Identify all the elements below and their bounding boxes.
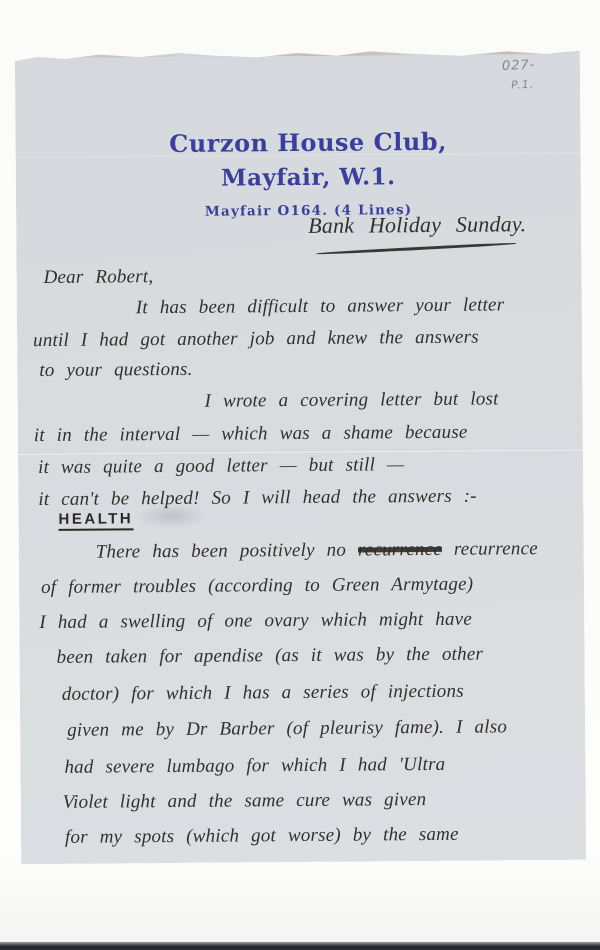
- body-line: had severe lumbago for which I had 'Ultr…: [64, 754, 445, 779]
- scanned-letter-background: 027- P.1. Curzon House Club, Mayfair, W.…: [0, 0, 600, 950]
- body-line: given me by Dr Barber (of pleurisy fame)…: [67, 716, 507, 741]
- body-line: of former troubles (according to Green A…: [41, 574, 473, 599]
- health-line-pre: There has been positively no: [96, 540, 358, 563]
- body-line: for my spots (which got worse) by the sa…: [65, 824, 459, 849]
- section-heading-health: HEALTH: [58, 510, 133, 531]
- body-line: been taken for apendise (as it was by th…: [56, 644, 483, 669]
- body-line: to your questions.: [39, 359, 192, 382]
- body-line: doctor) for which I has a series of inje…: [62, 681, 464, 706]
- body-line: it in the interval — which was a shame b…: [34, 422, 468, 447]
- letterhead: Curzon House Club, Mayfair, W.1. Mayfair…: [25, 48, 586, 52]
- pencil-archive-number: 027-: [502, 58, 536, 74]
- letterhead-address: Mayfair, W.1.: [26, 162, 586, 193]
- date-line: Bank Holiday Sunday.: [308, 211, 526, 239]
- salutation: Dear Robert,: [44, 266, 154, 289]
- body-line: It has been difficult to answer your let…: [136, 294, 505, 319]
- date-underline: [316, 242, 516, 255]
- body-line-with-strikethrough: There has been positively no recurrence …: [96, 538, 538, 563]
- body-line: I wrote a covering letter but lost: [204, 388, 498, 412]
- letter-paper: 027- P.1. Curzon House Club, Mayfair, W.…: [15, 48, 586, 864]
- body-line: it can't be helped! So I will head the a…: [38, 486, 477, 511]
- body-line: Violet light and the same cure was given: [63, 789, 427, 814]
- health-line-post: recurrence: [442, 538, 538, 560]
- scan-edge-band: [0, 942, 600, 950]
- body-line: it was quite a good letter — but still —: [38, 454, 404, 479]
- body-line: until I had got another job and knew the…: [33, 327, 479, 352]
- pencil-page-number: P.1.: [511, 78, 535, 92]
- struck-out-word: recurrence: [358, 539, 442, 561]
- body-line: I had a swelling of one ovary which migh…: [39, 609, 472, 634]
